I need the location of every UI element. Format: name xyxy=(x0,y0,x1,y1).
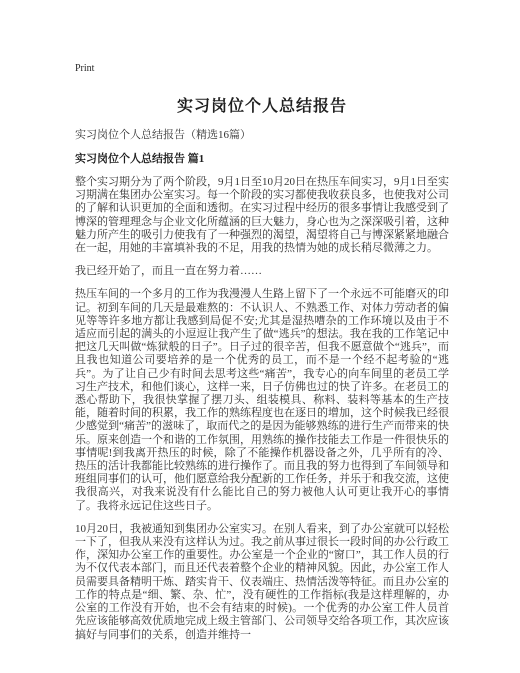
document-page: Print 实习岗位个人总结报告 实习岗位个人总结报告（精选16篇） 实习岗位个… xyxy=(0,0,520,673)
body-paragraph: 热压车间的一个多月的工作为我漫漫人生路上留下了一个永远不可能磨灭的印记。初到车间… xyxy=(75,288,449,512)
page-title: 实习岗位个人总结报告 xyxy=(75,97,449,117)
body-paragraph: 整个实习期分为了两个阶段，9月1日至10月20日在热压车间实习，9月1日至实习期… xyxy=(75,176,449,255)
section-heading: 实习岗位个人总结报告 篇1 xyxy=(75,153,449,166)
body-paragraph: 10月20日，我被通知到集团办公室实习。在别人看来，到了办公室就可以轻松一下了，… xyxy=(75,523,449,642)
document-subtitle: 实习岗位个人总结报告（精选16篇） xyxy=(75,129,449,142)
body-paragraph: 我已经开始了，而且一直在努力着…… xyxy=(75,265,449,278)
print-link[interactable]: Print xyxy=(75,63,94,75)
document-content: Print 实习岗位个人总结报告 实习岗位个人总结报告（精选16篇） 实习岗位个… xyxy=(0,0,520,642)
